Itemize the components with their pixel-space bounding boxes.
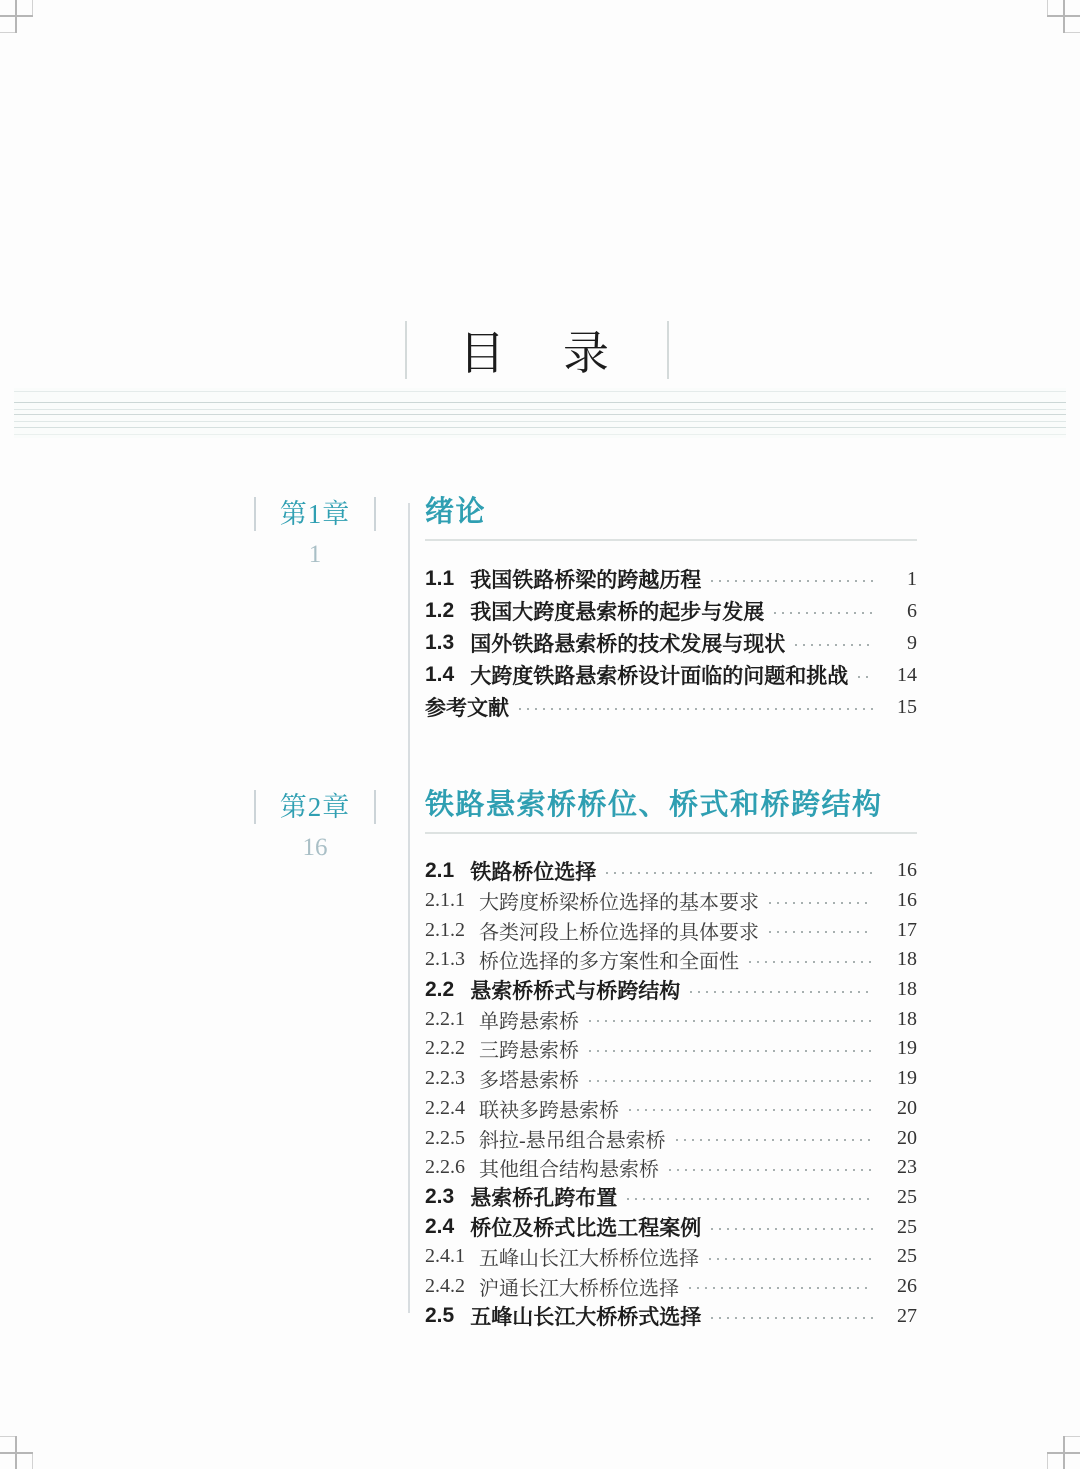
chapter-block: 第1章 1 绪论 1.1 我国铁路桥梁的跨越历程 1 1.2 我国大跨度悬索桥的… xyxy=(0,494,917,723)
toc-entry-row: 2.2.5 斜拉-悬吊组合悬索桥 20 xyxy=(425,1123,917,1153)
dot-leader xyxy=(774,612,873,614)
toc-entry-row: 2.3 悬索桥孔跨布置 25 xyxy=(425,1183,917,1213)
entry-page-number: 18 xyxy=(883,948,917,971)
entry-title: 铁路桥位选择 xyxy=(470,856,596,886)
entry-number: 2.4 xyxy=(425,1215,454,1239)
entry-page-number: 9 xyxy=(883,632,917,655)
dot-leader xyxy=(627,1198,873,1200)
chapter-label: 第2章 xyxy=(280,789,351,825)
entry-title: 各类河段上桥位选择的具体要求 xyxy=(479,916,759,945)
dot-leader xyxy=(711,580,873,582)
page-title: 目 录 xyxy=(407,317,667,383)
toc-entry-row: 1.3 国外铁路悬索桥的技术发展与现状 9 xyxy=(425,627,917,659)
chapter-side-label: 第2章 16 xyxy=(254,789,376,862)
entry-page-number: 25 xyxy=(883,1216,917,1239)
dot-leader xyxy=(749,961,873,963)
dot-leader xyxy=(519,708,873,710)
dot-leader xyxy=(589,1080,873,1082)
entry-page-number: 27 xyxy=(883,1305,917,1328)
entry-title: 其他组合结构悬索桥 xyxy=(479,1153,659,1182)
toc-entry-row: 2.2.3 多塔悬索桥 19 xyxy=(425,1064,917,1094)
chapter-title: 绪论 xyxy=(425,494,917,530)
entry-title: 五峰山长江大桥桥式选择 xyxy=(470,1301,701,1331)
entry-page-number: 14 xyxy=(883,664,917,687)
dot-leader xyxy=(589,1050,873,1052)
entry-page-number: 23 xyxy=(883,1156,917,1179)
entry-title: 桥位及桥式比选工程案例 xyxy=(470,1212,701,1242)
toc-entry-row: 2.1.1 大跨度桥梁桥位选择的基本要求 16 xyxy=(425,886,917,916)
chapter-side-label: 第1章 1 xyxy=(254,496,376,569)
toc-page: 目 录 第1章 1 绪论 1.1 我国铁路桥梁的跨越历程 1 1.2 我国大跨度… xyxy=(0,0,1080,1469)
entry-title: 沪通长江大桥桥位选择 xyxy=(479,1272,679,1301)
dot-leader xyxy=(858,676,873,678)
entry-title: 我国大跨度悬索桥的起步与发展 xyxy=(470,596,764,626)
toc-entry-row: 2.1 铁路桥位选择 16 xyxy=(425,856,917,886)
chapter-title-rule xyxy=(425,832,917,834)
toc-entry-row: 2.1.3 桥位选择的多方案性和全面性 18 xyxy=(425,945,917,975)
entry-number: 2.2.2 xyxy=(425,1037,465,1060)
toc-entry-row: 1.2 我国大跨度悬索桥的起步与发展 6 xyxy=(425,595,917,627)
entry-number: 2.1.3 xyxy=(425,948,465,971)
entry-title: 桥位选择的多方案性和全面性 xyxy=(479,945,739,974)
entry-title: 三跨悬索桥 xyxy=(479,1034,579,1063)
entry-number: 2.2.3 xyxy=(425,1067,465,1090)
entry-number: 2.4.1 xyxy=(425,1245,465,1268)
chapter-start-page: 16 xyxy=(254,834,376,862)
chapter-start-page: 1 xyxy=(254,541,376,569)
entry-number: 2.5 xyxy=(425,1304,454,1328)
toc-entry-row: 2.2.6 其他组合结构悬索桥 23 xyxy=(425,1153,917,1183)
chapter-title: 铁路悬索桥桥位、桥式和桥跨结构 xyxy=(425,787,917,823)
toc-entry-row: 2.2 悬索桥桥式与桥跨结构 18 xyxy=(425,975,917,1005)
entry-number: 2.3 xyxy=(425,1185,454,1209)
entry-title: 联袂多跨悬索桥 xyxy=(479,1094,619,1123)
chapter-title-rule xyxy=(425,539,917,541)
dot-leader xyxy=(711,1317,873,1319)
entry-title: 国外铁路悬索桥的技术发展与现状 xyxy=(470,628,785,658)
dot-leader xyxy=(669,1169,873,1171)
toc-chapters: 第1章 1 绪论 1.1 我国铁路桥梁的跨越历程 1 1.2 我国大跨度悬索桥的… xyxy=(0,494,1080,1331)
entry-number: 2.2.1 xyxy=(425,1008,465,1031)
title-rule-right xyxy=(667,321,669,379)
entry-page-number: 18 xyxy=(883,1008,917,1031)
dot-leader xyxy=(690,991,873,993)
dot-leader xyxy=(606,872,873,874)
entry-page-number: 20 xyxy=(883,1097,917,1120)
entry-title: 多塔悬索桥 xyxy=(479,1064,579,1093)
entry-page-number: 16 xyxy=(883,859,917,882)
toc-entry-row: 1.1 我国铁路桥梁的跨越历程 1 xyxy=(425,563,917,595)
entry-page-number: 20 xyxy=(883,1127,917,1150)
entry-page-number: 1 xyxy=(883,568,917,591)
toc-entry-row: 2.2.4 联袂多跨悬索桥 20 xyxy=(425,1094,917,1124)
entry-page-number: 26 xyxy=(883,1275,917,1298)
entry-number: 2.2.5 xyxy=(425,1127,465,1150)
chapter-entry-list: 2.1 铁路桥位选择 16 2.1.1 大跨度桥梁桥位选择的基本要求 16 2.… xyxy=(425,856,917,1331)
entry-page-number: 6 xyxy=(883,600,917,623)
toc-entry-row: 1.4 大跨度铁路悬索桥设计面临的问题和挑战 14 xyxy=(425,659,917,691)
toc-entry-row: 2.5 五峰山长江大桥桥式选择 27 xyxy=(425,1301,917,1331)
chapter-block: 第2章 16 铁路悬索桥桥位、桥式和桥跨结构 2.1 铁路桥位选择 16 2.1… xyxy=(0,787,917,1331)
dot-leader xyxy=(589,1020,873,1022)
dot-leader xyxy=(769,902,873,904)
toc-entry-row: 参考文献 15 xyxy=(425,691,917,723)
entry-page-number: 17 xyxy=(883,919,917,942)
chapter-entry-list: 1.1 我国铁路桥梁的跨越历程 1 1.2 我国大跨度悬索桥的起步与发展 6 1… xyxy=(425,563,917,723)
entry-title: 五峰山长江大桥桥位选择 xyxy=(479,1242,699,1271)
entry-number: 2.2.4 xyxy=(425,1097,465,1120)
chapter-label-rule-right xyxy=(374,497,376,531)
dot-leader xyxy=(629,1109,873,1111)
entry-page-number: 19 xyxy=(883,1067,917,1090)
chapter-label-rule-left xyxy=(254,790,256,824)
entry-number: 1.4 xyxy=(425,663,454,687)
toc-entry-row: 2.2.2 三跨悬索桥 19 xyxy=(425,1034,917,1064)
entry-title: 悬索桥孔跨布置 xyxy=(470,1182,617,1212)
entry-title: 大跨度铁路悬索桥设计面临的问题和挑战 xyxy=(470,660,848,690)
entry-page-number: 19 xyxy=(883,1037,917,1060)
toc-entry-row: 2.2.1 单跨悬索桥 18 xyxy=(425,1004,917,1034)
dot-leader xyxy=(676,1139,873,1141)
entry-number: 2.1.2 xyxy=(425,919,465,942)
entry-page-number: 16 xyxy=(883,889,917,912)
dot-leader xyxy=(769,931,873,933)
dot-leader xyxy=(689,1287,873,1289)
entry-number: 2.2 xyxy=(425,978,454,1002)
entry-page-number: 15 xyxy=(883,696,917,719)
chapter-label-rule-right xyxy=(374,790,376,824)
entry-title: 大跨度桥梁桥位选择的基本要求 xyxy=(479,886,759,915)
entry-number: 2.1.1 xyxy=(425,889,465,912)
dot-leader xyxy=(709,1258,873,1260)
chapter-label-rule-left xyxy=(254,497,256,531)
entry-page-number: 25 xyxy=(883,1186,917,1209)
entry-number: 1.1 xyxy=(425,567,454,591)
chapter-label: 第1章 xyxy=(280,496,351,532)
entry-number: 2.1 xyxy=(425,859,454,883)
entry-number: 2.2.6 xyxy=(425,1156,465,1179)
entry-title: 参考文献 xyxy=(425,692,509,722)
page-title-block: 目 录 xyxy=(405,320,669,380)
entry-title: 单跨悬索桥 xyxy=(479,1005,579,1034)
toc-entry-row: 2.4.1 五峰山长江大桥桥位选择 25 xyxy=(425,1242,917,1272)
toc-entry-row: 2.4 桥位及桥式比选工程案例 25 xyxy=(425,1212,917,1242)
entry-title: 我国铁路桥梁的跨越历程 xyxy=(470,564,701,594)
entry-number: 1.3 xyxy=(425,631,454,655)
entry-page-number: 25 xyxy=(883,1245,917,1268)
dot-leader xyxy=(795,644,873,646)
entry-number: 2.4.2 xyxy=(425,1275,465,1298)
entry-title: 斜拉-悬吊组合悬索桥 xyxy=(479,1124,666,1153)
entry-title: 悬索桥桥式与桥跨结构 xyxy=(470,975,680,1005)
decorative-line-band xyxy=(14,388,1066,438)
toc-entry-row: 2.1.2 各类河段上桥位选择的具体要求 17 xyxy=(425,915,917,945)
entry-page-number: 18 xyxy=(883,978,917,1001)
toc-entry-row: 2.4.2 沪通长江大桥桥位选择 26 xyxy=(425,1272,917,1302)
entry-number: 1.2 xyxy=(425,599,454,623)
dot-leader xyxy=(711,1228,873,1230)
